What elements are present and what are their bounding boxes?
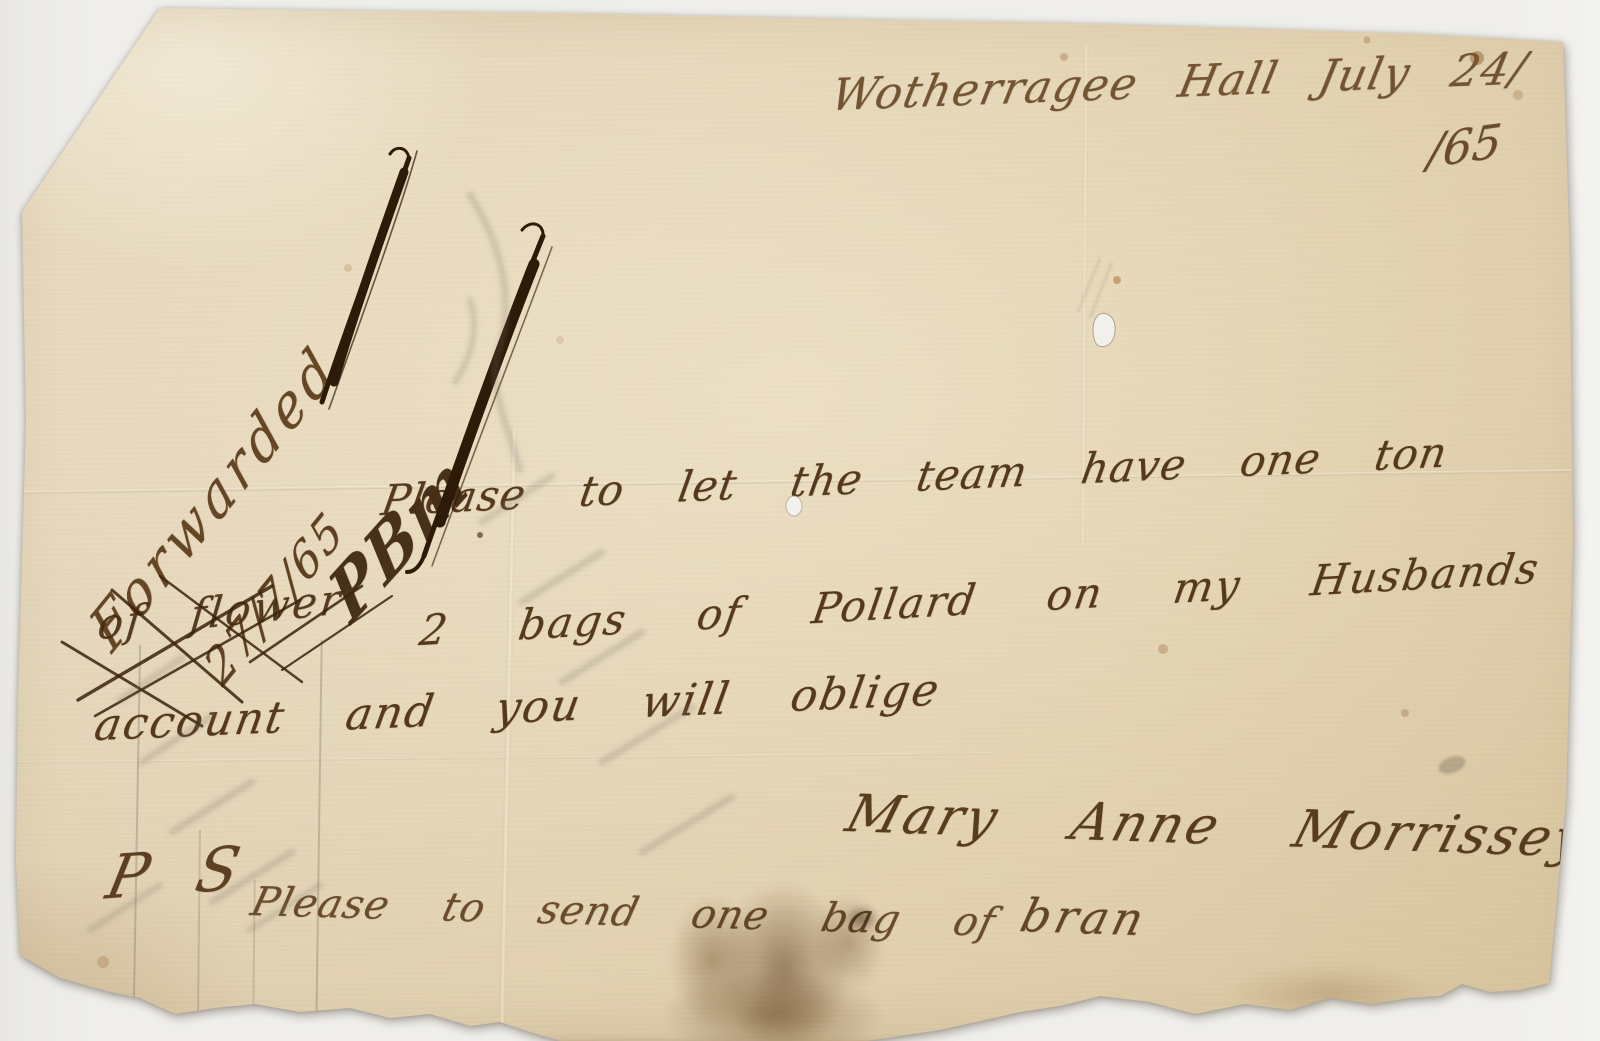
letterhead-year: /65	[1426, 117, 1504, 174]
stain-edge-right	[1180, 930, 1480, 1020]
stain-bottom-centre	[618, 848, 948, 1041]
letter-paper: Wotherragee Hall July 24/ /65 Forwarded …	[0, 0, 1600, 1041]
body-line-2: 2 bags of Pollard on my Husbands	[417, 547, 1543, 652]
graphite-smudge	[1436, 753, 1468, 778]
ps-text: Please to send one bag of	[247, 882, 1000, 942]
body-line-1: Please to let the team have one ton	[378, 431, 1450, 522]
hole-crease-marks	[1078, 258, 1112, 318]
signature: Mary Anne Morrissey	[841, 788, 1594, 865]
letter-paper-wrapper: Wotherragee Hall July 24/ /65 Forwarded …	[0, 0, 1600, 1041]
ps-label: P S	[102, 838, 245, 908]
ink-and-texture-overlay	[0, 0, 1600, 1041]
horizontal-fold-crease-2	[0, 753, 992, 764]
scanned-letter-page: { "document_type": "scanned handwritten …	[0, 0, 1600, 1041]
ps-last-word: bran	[1016, 892, 1152, 942]
letterhead-place-date: Wotherragee Hall July 24/	[827, 47, 1531, 118]
